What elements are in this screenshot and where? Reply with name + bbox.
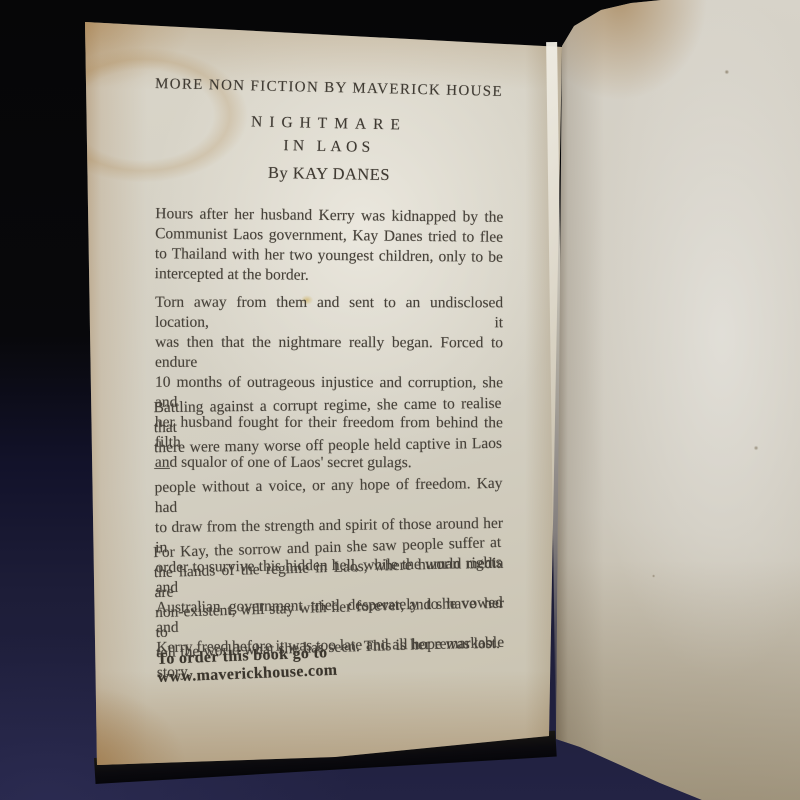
blurb-paragraph-1: Hours after her husband Kerry was kidnap… [155,204,504,288]
right-page-blank [556,0,800,800]
book-photo: MORE NON FICTION BY MAVERICK HOUSE NIGHT… [0,0,800,800]
